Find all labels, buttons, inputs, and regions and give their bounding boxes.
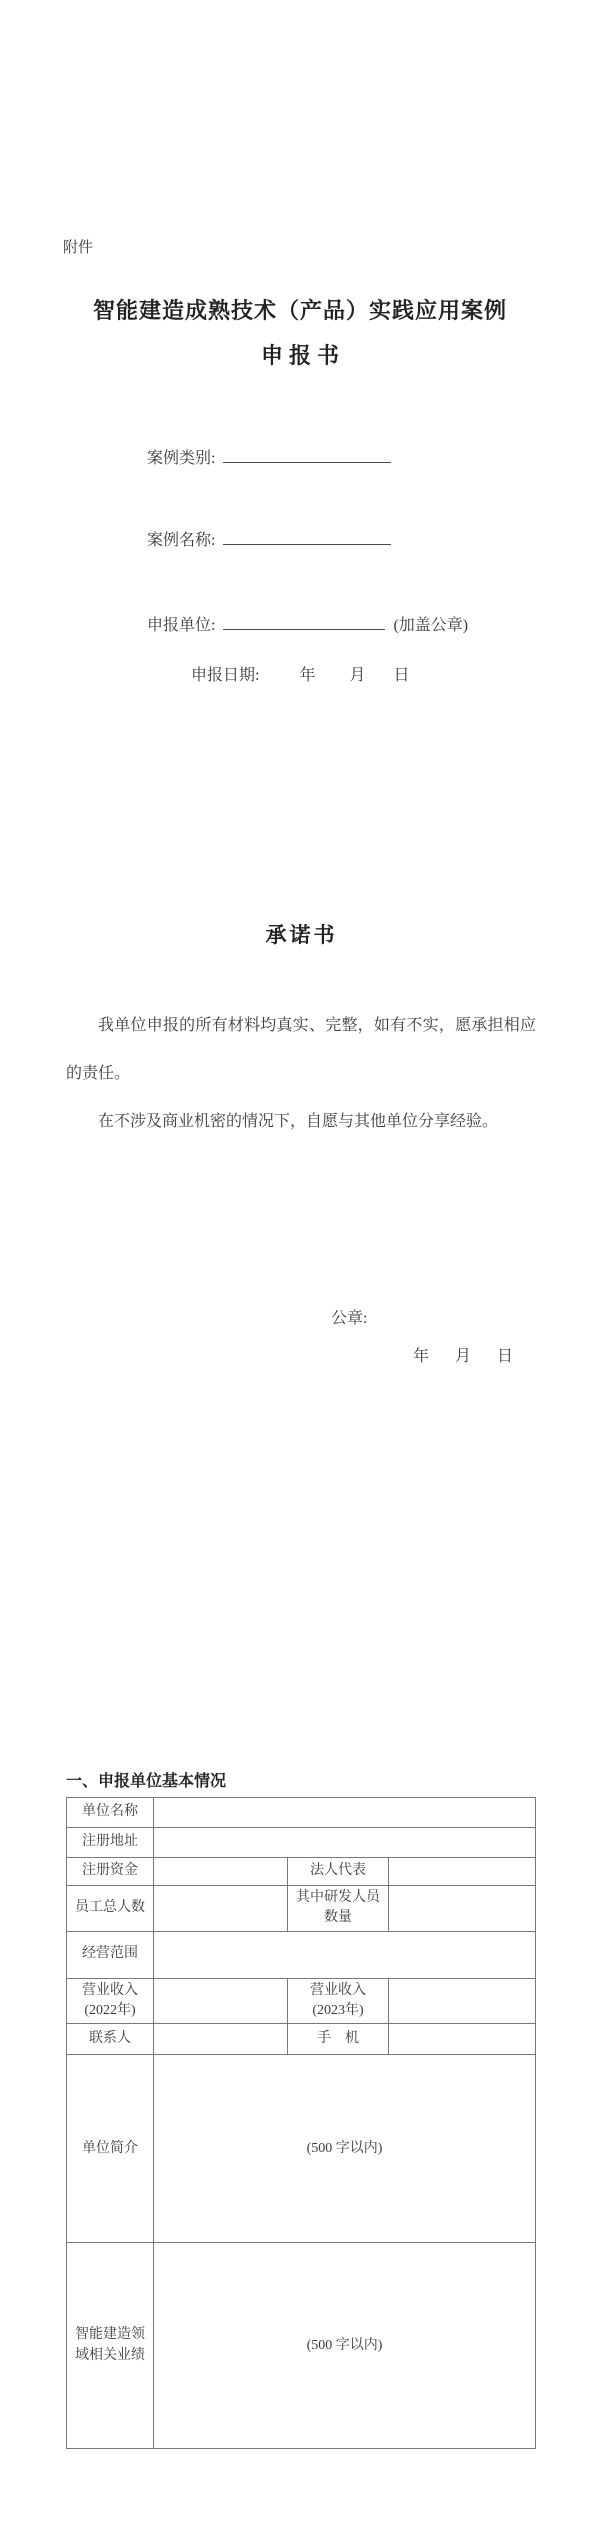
- reg-address-label: 注册地址: [67, 1828, 154, 1858]
- commitment-paragraph-1: 我单位申报的所有材料均真实、完整，如有不实，愿承担相应的责任。: [66, 1002, 536, 1098]
- business-scope-label: 经营范围: [67, 1931, 154, 1978]
- attachment-label: 附件: [63, 238, 93, 258]
- rd-staff-label: 其中研发人员数量: [288, 1886, 389, 1932]
- contact-cell: [154, 2024, 288, 2055]
- basic-info-table: 单位名称 注册地址 注册资金 法人代表 员工总人数 其中研发人员数量 经营范围 …: [66, 1797, 536, 2449]
- revenue-2023-cell: [389, 1978, 536, 2024]
- case-category-label: 案例类别:: [147, 450, 215, 467]
- table-row: 注册资金 法人代表: [67, 1858, 536, 1886]
- document-title-line1: 智能建造成熟技术（产品）实践应用案例: [0, 294, 600, 328]
- application-date-row: 申报日期:年月日: [191, 665, 410, 687]
- unit-profile-cell: (500 字以内): [154, 2055, 536, 2243]
- section1-title: 一、申报单位基本情况: [66, 1770, 226, 1794]
- month-label: 月: [349, 667, 365, 684]
- table-row: 单位名称: [67, 1798, 536, 1828]
- legal-rep-label: 法人代表: [288, 1858, 389, 1886]
- unit-profile-label: 单位简介: [67, 2055, 154, 2243]
- revenue-2022-label: 营业收入(2022年): [67, 1978, 154, 2024]
- rd-staff-cell: [389, 1886, 536, 1932]
- case-category-blank: [223, 446, 391, 463]
- revenue-2022-cell: [154, 1978, 288, 2024]
- mobile-cell: [389, 2024, 536, 2055]
- revenue-2023-label: 营业收入(2023年): [288, 1978, 389, 2024]
- revenue-2023-label-line2: (2023年): [312, 2003, 363, 2018]
- case-name-row: 案例名称:: [147, 528, 391, 552]
- day-label: 日: [393, 667, 409, 684]
- achievements-cell: (500 字以内): [154, 2243, 536, 2449]
- commitment-paragraph-2: 在不涉及商业机密的情况下，自愿与其他单位分享经验。: [66, 1098, 536, 1146]
- business-scope-cell: [154, 1931, 536, 1978]
- achievements-label: 智能建造领域相关业绩: [67, 2243, 154, 2449]
- applicant-row: 申报单位:(加盖公章): [147, 613, 468, 637]
- table-row: 员工总人数 其中研发人员数量: [67, 1886, 536, 1932]
- revenue-2022-label-line2: (2022年): [84, 2003, 135, 2018]
- unit-profile-word-limit-note: (500 字以内): [307, 2141, 383, 2156]
- revenue-2023-label-line1: 营业收入: [310, 1983, 366, 1998]
- unit-name-label: 单位名称: [67, 1798, 154, 1828]
- revenue-2022-label-line1: 营业收入: [82, 1983, 138, 1998]
- commitment-month-label: 月: [455, 1348, 471, 1365]
- table-row: 营业收入(2022年) 营业收入(2023年): [67, 1978, 536, 2024]
- table-row: 经营范围: [67, 1931, 536, 1978]
- year-label: 年: [299, 667, 315, 684]
- seal-note: (加盖公章): [393, 617, 468, 634]
- reg-capital-cell: [154, 1858, 288, 1886]
- commitment-date-row: 年月日: [413, 1346, 513, 1368]
- table-row: 单位简介 (500 字以内): [67, 2055, 536, 2243]
- commitment-body: 我单位申报的所有材料均真实、完整，如有不实，愿承担相应的责任。 在不涉及商业机密…: [66, 1002, 536, 1146]
- company-seal-label: 公章:: [331, 1308, 367, 1330]
- reg-address-cell: [154, 1828, 536, 1858]
- case-name-blank: [223, 528, 391, 545]
- application-date-label: 申报日期:: [191, 667, 259, 684]
- case-name-label: 案例名称:: [147, 532, 215, 549]
- application-form-page: 附件 智能建造成熟技术（产品）实践应用案例 申报书 案例类别: 案例名称: 申报…: [0, 0, 600, 2544]
- contact-label: 联系人: [67, 2024, 154, 2055]
- total-staff-cell: [154, 1886, 288, 1932]
- applicant-blank: [223, 613, 385, 630]
- table-row: 智能建造领域相关业绩 (500 字以内): [67, 2243, 536, 2449]
- case-category-row: 案例类别:: [147, 446, 391, 470]
- achievements-word-limit-note: (500 字以内): [307, 2338, 383, 2353]
- table-row: 注册地址: [67, 1828, 536, 1858]
- commitment-title: 承诺书: [0, 918, 600, 954]
- total-staff-label: 员工总人数: [67, 1886, 154, 1932]
- legal-rep-cell: [389, 1858, 536, 1886]
- commitment-year-label: 年: [413, 1348, 429, 1365]
- reg-capital-label: 注册资金: [67, 1858, 154, 1886]
- document-title-line2: 申报书: [0, 340, 600, 372]
- mobile-label: 手 机: [288, 2024, 389, 2055]
- unit-name-cell: [154, 1798, 536, 1828]
- commitment-day-label: 日: [497, 1348, 513, 1365]
- applicant-label: 申报单位:: [147, 617, 215, 634]
- table-row: 联系人 手 机: [67, 2024, 536, 2055]
